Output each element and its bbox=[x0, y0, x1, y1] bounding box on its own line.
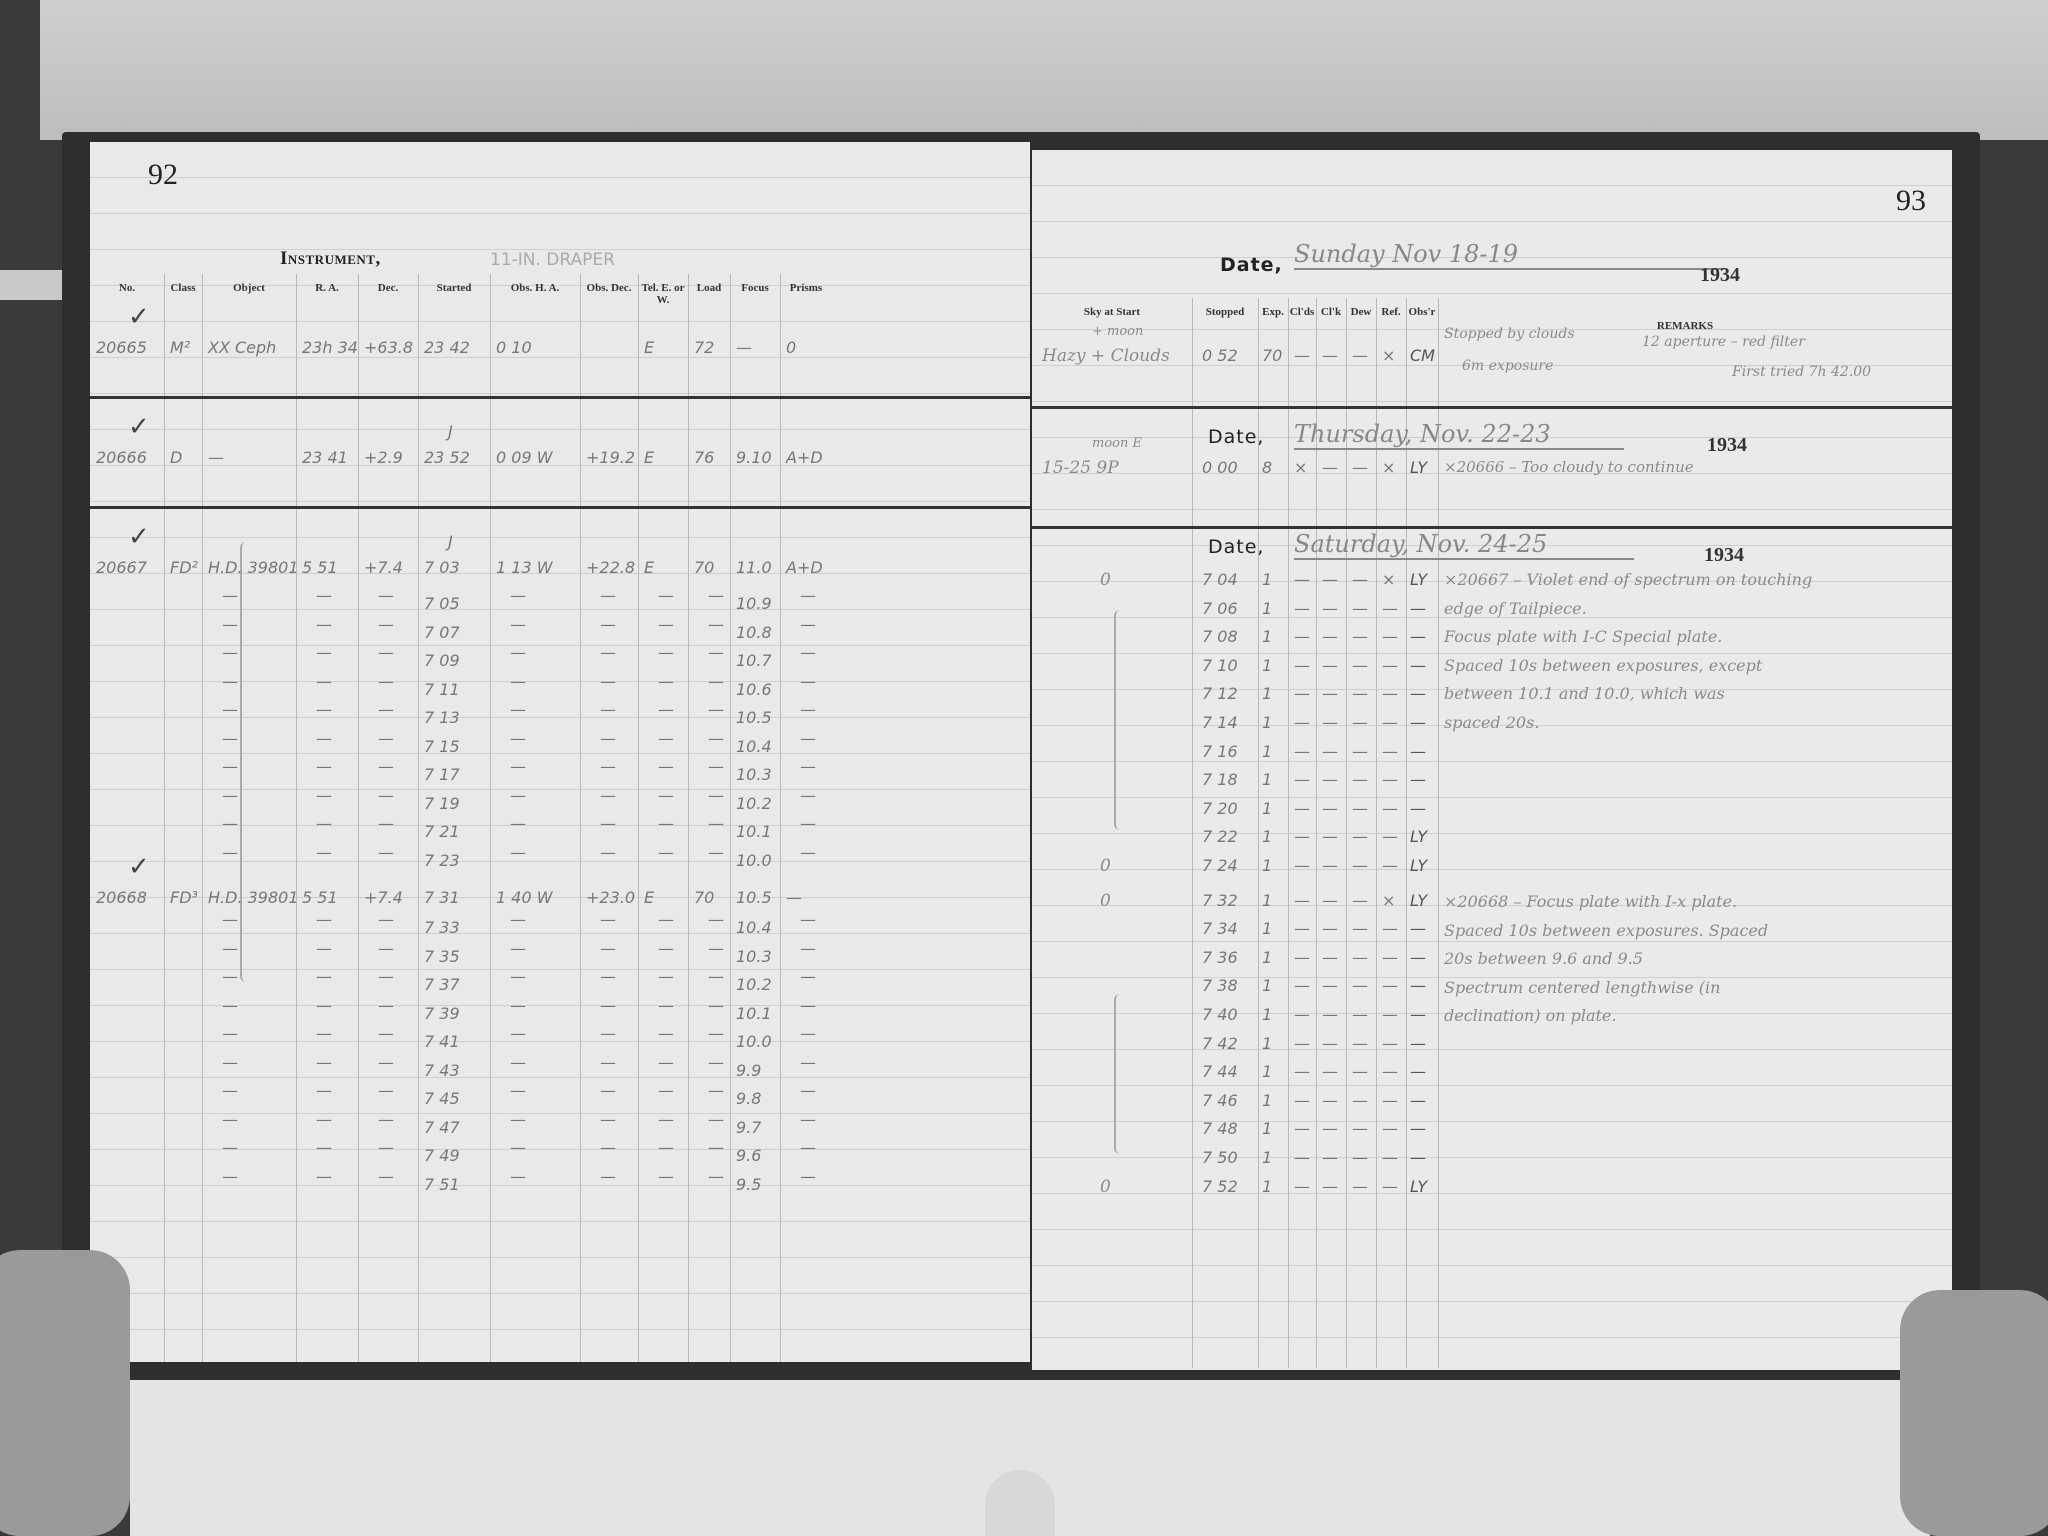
date-year: 1934 bbox=[1700, 264, 1740, 287]
dash: — bbox=[316, 1110, 332, 1129]
cell-stopped: 7 42 bbox=[1202, 1034, 1238, 1053]
date-value: Thursday, Nov. 22-23 bbox=[1294, 420, 1624, 450]
remark-text: spaced 20s. bbox=[1444, 713, 1539, 732]
dash: — bbox=[510, 643, 526, 662]
column-header: Load bbox=[688, 282, 730, 294]
cell-stopped: 7 50 bbox=[1202, 1148, 1238, 1167]
dash: — bbox=[708, 672, 724, 691]
cell-sky: 15-25 9P bbox=[1042, 458, 1119, 478]
cell-class: M² bbox=[170, 338, 190, 357]
right-page: 93 Date, Sunday Nov 18-19 1934 Sky at St… bbox=[1032, 150, 1952, 1370]
dash: — bbox=[1322, 1005, 1338, 1024]
cell-ref: — bbox=[1382, 1005, 1398, 1024]
dash: — bbox=[708, 1138, 724, 1157]
dash: — bbox=[316, 967, 332, 986]
cell-exp: 1 bbox=[1262, 976, 1272, 995]
dash: — bbox=[510, 786, 526, 805]
cell-exp: 1 bbox=[1262, 1177, 1272, 1196]
cell-stopped: 7 08 bbox=[1202, 627, 1238, 646]
remark-text: Stopped by clouds bbox=[1444, 326, 1575, 342]
dash: — bbox=[658, 1024, 674, 1043]
dash: — bbox=[800, 1024, 816, 1043]
cell-started: 7 13 bbox=[424, 708, 460, 727]
remark-text: Spaced 10s between exposures, except bbox=[1444, 656, 1762, 675]
dash: — bbox=[658, 1138, 674, 1157]
column-divider bbox=[638, 274, 639, 1362]
dash: — bbox=[1322, 1062, 1338, 1081]
dash: — bbox=[1322, 919, 1338, 938]
dash: — bbox=[222, 843, 238, 862]
column-header: Stopped bbox=[1192, 306, 1258, 318]
dash: — bbox=[378, 939, 394, 958]
dash: — bbox=[316, 757, 332, 776]
dash: — bbox=[222, 586, 238, 605]
dash: — bbox=[600, 786, 616, 805]
cell-focus: 10.0 bbox=[736, 851, 772, 870]
dash: — bbox=[600, 672, 616, 691]
instrument-label: Instrument, bbox=[280, 248, 381, 270]
column-header: Tel. E. or W. bbox=[638, 282, 688, 306]
cell-focus: 10.2 bbox=[736, 794, 772, 813]
dash: — bbox=[658, 729, 674, 748]
cell-exp: 1 bbox=[1262, 1005, 1272, 1024]
cell-stopped: 0 52 bbox=[1202, 346, 1238, 365]
cell-observer: — bbox=[1410, 684, 1426, 703]
dash: — bbox=[708, 967, 724, 986]
dash: — bbox=[1322, 1148, 1338, 1167]
dash: — bbox=[1352, 599, 1368, 618]
cell-exp: 1 bbox=[1262, 827, 1272, 846]
dash: — bbox=[708, 1081, 724, 1100]
dash: — bbox=[1352, 713, 1368, 732]
cell-stopped: 7 18 bbox=[1202, 770, 1238, 789]
cell-focus: 10.5 bbox=[736, 888, 772, 907]
dash: — bbox=[800, 910, 816, 929]
cell-ref: — bbox=[1382, 976, 1398, 995]
dash: — bbox=[1294, 919, 1310, 938]
dash: — bbox=[1352, 919, 1368, 938]
date-label: Date, bbox=[1208, 426, 1264, 448]
dash: — bbox=[222, 615, 238, 634]
dash: — bbox=[1352, 1177, 1368, 1196]
dash: — bbox=[800, 672, 816, 691]
check-mark: ✓ bbox=[128, 412, 150, 442]
dash: — bbox=[1352, 1005, 1368, 1024]
cell-focus: 10.1 bbox=[736, 1004, 772, 1023]
dash: — bbox=[600, 967, 616, 986]
dash: — bbox=[1294, 656, 1310, 675]
dash: — bbox=[708, 843, 724, 862]
dash: — bbox=[708, 1024, 724, 1043]
cell-focus: 10.9 bbox=[736, 594, 772, 613]
cell-focus: 10.1 bbox=[736, 822, 772, 841]
column-header: R. A. bbox=[296, 282, 358, 294]
cell-ref: × bbox=[1382, 346, 1395, 365]
dash: — bbox=[800, 700, 816, 719]
dash: — bbox=[600, 939, 616, 958]
cell-sky: Hazy + Clouds bbox=[1042, 346, 1170, 366]
cell-exp: 1 bbox=[1262, 1034, 1272, 1053]
column-divider bbox=[358, 274, 359, 1362]
dash: — bbox=[316, 843, 332, 862]
dash: — bbox=[708, 729, 724, 748]
dash: — bbox=[1352, 827, 1368, 846]
dash: — bbox=[1294, 713, 1310, 732]
dash: — bbox=[222, 814, 238, 833]
dash: — bbox=[708, 700, 724, 719]
cell-tel: E bbox=[644, 338, 654, 357]
dash: — bbox=[600, 757, 616, 776]
dash: — bbox=[800, 586, 816, 605]
cell-stopped: 7 10 bbox=[1202, 656, 1238, 675]
dash: — bbox=[316, 814, 332, 833]
cell-stopped: 7 36 bbox=[1202, 948, 1238, 967]
dash: — bbox=[800, 996, 816, 1015]
dash: — bbox=[222, 672, 238, 691]
cell-ref: — bbox=[1382, 1091, 1398, 1110]
cell-stopped: 7 22 bbox=[1202, 827, 1238, 846]
dash: — bbox=[800, 1081, 816, 1100]
cell-stopped: 7 24 bbox=[1202, 856, 1238, 875]
dash: — bbox=[1322, 948, 1338, 967]
dash: — bbox=[600, 700, 616, 719]
dash: — bbox=[222, 967, 238, 986]
dash: — bbox=[1352, 742, 1368, 761]
dash: — bbox=[510, 1053, 526, 1072]
date-year: 1934 bbox=[1707, 434, 1747, 457]
dash: — bbox=[600, 1024, 616, 1043]
cell-dew: — bbox=[1352, 458, 1368, 477]
cell-no: 20668 bbox=[96, 888, 147, 907]
dash: — bbox=[708, 615, 724, 634]
dash: — bbox=[1322, 627, 1338, 646]
dash: — bbox=[378, 615, 394, 634]
dash: — bbox=[1294, 891, 1310, 910]
cell-stopped: 7 32 bbox=[1202, 891, 1238, 910]
dash: — bbox=[316, 1138, 332, 1157]
cell-observer: LY bbox=[1410, 458, 1427, 477]
dash: — bbox=[600, 843, 616, 862]
cell-stopped: 0 00 bbox=[1202, 458, 1238, 477]
cell-started: 7 23 bbox=[424, 851, 460, 870]
dash: — bbox=[510, 729, 526, 748]
cell-stopped: 7 40 bbox=[1202, 1005, 1238, 1024]
cell-clock: — bbox=[1322, 458, 1338, 477]
dash: — bbox=[1352, 891, 1368, 910]
cell-class: D bbox=[170, 448, 182, 467]
dash: — bbox=[658, 1110, 674, 1129]
cell-stopped: 7 04 bbox=[1202, 570, 1238, 589]
dash: — bbox=[378, 1167, 394, 1186]
dash: — bbox=[1322, 742, 1338, 761]
dash: — bbox=[510, 996, 526, 1015]
cell-started: 7 33 bbox=[424, 918, 460, 937]
dash: — bbox=[658, 615, 674, 634]
dash: — bbox=[600, 1110, 616, 1129]
dash: — bbox=[378, 814, 394, 833]
dash: — bbox=[222, 757, 238, 776]
cell-tel: E bbox=[644, 558, 654, 577]
dash: — bbox=[658, 814, 674, 833]
dash: — bbox=[378, 786, 394, 805]
dash: — bbox=[510, 757, 526, 776]
column-header: Started bbox=[418, 282, 490, 294]
cell-ref: — bbox=[1382, 919, 1398, 938]
cell-ref: — bbox=[1382, 1062, 1398, 1081]
cell-started: 7 21 bbox=[424, 822, 460, 841]
remark-text: declination) on plate. bbox=[1444, 1006, 1616, 1025]
remark-text: ×20667 – Violet end of spectrum on touch… bbox=[1444, 570, 1812, 589]
date-label: Date, bbox=[1220, 254, 1283, 276]
cell-stopped: 7 48 bbox=[1202, 1119, 1238, 1138]
grouping-brace bbox=[240, 542, 252, 982]
cell-focus: 9.8 bbox=[736, 1089, 761, 1108]
cell-started: 7 35 bbox=[424, 947, 460, 966]
remark-text: Spectrum centered lengthwise (in bbox=[1444, 978, 1720, 997]
cell-observer: — bbox=[1410, 976, 1426, 995]
dash: — bbox=[800, 843, 816, 862]
section-divider bbox=[1032, 406, 1952, 409]
cell-exp: 1 bbox=[1262, 770, 1272, 789]
dash: — bbox=[708, 1167, 724, 1186]
dash: — bbox=[1352, 1091, 1368, 1110]
cell-ref: — bbox=[1382, 856, 1398, 875]
column-divider bbox=[580, 274, 581, 1362]
dash: — bbox=[378, 700, 394, 719]
cell-load: 72 bbox=[694, 338, 714, 357]
cell-exp: 1 bbox=[1262, 570, 1272, 589]
cell-started: 7 47 bbox=[424, 1118, 460, 1137]
check-mark: ✓ bbox=[128, 852, 150, 882]
dash: — bbox=[1352, 570, 1368, 589]
remark-text: 12 aperture – red filter bbox=[1642, 334, 1805, 350]
dash: — bbox=[708, 910, 724, 929]
page-number: 92 bbox=[148, 158, 178, 192]
cell-started: 7 37 bbox=[424, 975, 460, 994]
dash: — bbox=[1352, 1119, 1368, 1138]
dash: — bbox=[1294, 1177, 1310, 1196]
cell-ref: × bbox=[1382, 891, 1395, 910]
dash: — bbox=[1322, 1177, 1338, 1196]
cell-ref: — bbox=[1382, 827, 1398, 846]
cell-dew: — bbox=[1352, 346, 1368, 365]
dash: — bbox=[600, 996, 616, 1015]
dash: — bbox=[1322, 1034, 1338, 1053]
cell-observer: LY bbox=[1410, 1177, 1427, 1196]
cell-dec: +7.4 bbox=[364, 888, 403, 907]
dash: — bbox=[1352, 1062, 1368, 1081]
column-divider bbox=[1346, 298, 1347, 1368]
column-divider bbox=[1406, 298, 1407, 1368]
cell-focus: 9.5 bbox=[736, 1175, 761, 1194]
cell-focus: 10.6 bbox=[736, 680, 772, 699]
dash: — bbox=[658, 586, 674, 605]
cell-tel: E bbox=[644, 888, 654, 907]
dash: — bbox=[316, 700, 332, 719]
dash: — bbox=[510, 843, 526, 862]
remark-text: ×20666 – Too cloudy to continue bbox=[1444, 458, 1694, 476]
dash: — bbox=[658, 967, 674, 986]
cell-ref: — bbox=[1382, 1148, 1398, 1167]
cell-obs-dec: +23.0 bbox=[586, 888, 635, 907]
cell-observer: LY bbox=[1410, 570, 1427, 589]
dash: — bbox=[510, 939, 526, 958]
dash: — bbox=[378, 1024, 394, 1043]
dash: — bbox=[1294, 856, 1310, 875]
check-mark: ✓ bbox=[128, 302, 150, 332]
cell-exp: 8 bbox=[1262, 458, 1272, 477]
cell-obs-ha: 1 13 W bbox=[496, 558, 553, 577]
cell-exp: 1 bbox=[1262, 891, 1272, 910]
cell-dec: +2.9 bbox=[364, 448, 403, 467]
column-divider bbox=[1258, 298, 1259, 1368]
cell-observer: — bbox=[1410, 627, 1426, 646]
remark-text: Spaced 10s between exposures. Spaced bbox=[1444, 921, 1768, 940]
dash: — bbox=[1352, 856, 1368, 875]
remark-text: Focus plate with I-C Special plate. bbox=[1444, 627, 1722, 646]
cell-observer: — bbox=[1410, 770, 1426, 789]
dash: — bbox=[708, 1053, 724, 1072]
cell-focus: 10.5 bbox=[736, 708, 772, 727]
cell-class: FD³ bbox=[170, 888, 198, 907]
column-divider bbox=[1288, 298, 1289, 1368]
cell-focus: 10.3 bbox=[736, 947, 772, 966]
cell-exp: 1 bbox=[1262, 1062, 1272, 1081]
dash: — bbox=[1352, 976, 1368, 995]
cell-ra: 5 51 bbox=[302, 888, 338, 907]
grouping-brace bbox=[1114, 610, 1126, 830]
cell-started: 7 41 bbox=[424, 1032, 460, 1051]
cell-ref: — bbox=[1382, 713, 1398, 732]
dash: — bbox=[1352, 627, 1368, 646]
dash: — bbox=[510, 910, 526, 929]
cell-focus: 10.0 bbox=[736, 1032, 772, 1051]
dash: — bbox=[708, 814, 724, 833]
dash: — bbox=[1352, 770, 1368, 789]
dash: — bbox=[510, 615, 526, 634]
dash: — bbox=[1294, 976, 1310, 995]
cell-stopped: 7 14 bbox=[1202, 713, 1238, 732]
column-divider bbox=[164, 274, 165, 1362]
dash: — bbox=[378, 729, 394, 748]
page-number: 93 bbox=[1896, 184, 1926, 218]
dash: — bbox=[378, 672, 394, 691]
cell-sky: 0 bbox=[1100, 891, 1111, 911]
cell-no: 20666 bbox=[96, 448, 147, 467]
clamp bbox=[985, 1470, 1055, 1536]
hand-right bbox=[1900, 1290, 2048, 1536]
cell-obs-dec: +19.2 bbox=[586, 448, 635, 467]
cell-started: 23 42 bbox=[424, 338, 470, 357]
cell-ref: — bbox=[1382, 684, 1398, 703]
cell-observer: — bbox=[1410, 1148, 1426, 1167]
cell-exp: 1 bbox=[1262, 599, 1272, 618]
cell-observer: — bbox=[1410, 1119, 1426, 1138]
started-mark: J bbox=[448, 532, 453, 551]
grouping-brace bbox=[1114, 994, 1126, 1154]
dash: — bbox=[658, 910, 674, 929]
cell-ref: — bbox=[1382, 799, 1398, 818]
cell-started: 7 49 bbox=[424, 1146, 460, 1165]
cell-started: 7 43 bbox=[424, 1061, 460, 1080]
cell-focus: 10.3 bbox=[736, 765, 772, 784]
dash: — bbox=[222, 1053, 238, 1072]
cell-focus: 10.4 bbox=[736, 737, 772, 756]
dash: — bbox=[1294, 948, 1310, 967]
cell-ref: — bbox=[1382, 1177, 1398, 1196]
date-value: Saturday, Nov. 24-25 bbox=[1294, 530, 1634, 560]
cell-started: 7 09 bbox=[424, 651, 460, 670]
dash: — bbox=[658, 996, 674, 1015]
dash: — bbox=[222, 1138, 238, 1157]
dash: — bbox=[1322, 1119, 1338, 1138]
dash: — bbox=[800, 643, 816, 662]
cell-started: 7 07 bbox=[424, 623, 460, 642]
dash: — bbox=[800, 1167, 816, 1186]
cell-exp: 1 bbox=[1262, 1148, 1272, 1167]
column-header: Dec. bbox=[358, 282, 418, 294]
cell-sky-note: moon E bbox=[1092, 436, 1142, 451]
dash: — bbox=[600, 1081, 616, 1100]
dash: — bbox=[800, 757, 816, 776]
dash: — bbox=[222, 729, 238, 748]
cell-exp: 1 bbox=[1262, 656, 1272, 675]
cell-started: 7 31 bbox=[424, 888, 460, 907]
remark-text: ×20668 – Focus plate with I-x plate. bbox=[1444, 892, 1737, 911]
dash: — bbox=[316, 672, 332, 691]
dash: — bbox=[510, 672, 526, 691]
dash: — bbox=[600, 1138, 616, 1157]
dash: — bbox=[1294, 742, 1310, 761]
column-header: Cl'k bbox=[1316, 306, 1346, 318]
dash: — bbox=[658, 786, 674, 805]
cell-observer: — bbox=[1410, 742, 1426, 761]
dash: — bbox=[510, 1081, 526, 1100]
column-header: Sky at Start bbox=[1032, 306, 1192, 318]
cell-exp: 1 bbox=[1262, 919, 1272, 938]
dash: — bbox=[600, 586, 616, 605]
cell-observer: — bbox=[1410, 1091, 1426, 1110]
dash: — bbox=[510, 700, 526, 719]
dash: — bbox=[1294, 770, 1310, 789]
column-header: Obs. H. A. bbox=[490, 282, 580, 294]
dash: — bbox=[658, 1081, 674, 1100]
dash: — bbox=[1294, 684, 1310, 703]
cell-stopped: 7 34 bbox=[1202, 919, 1238, 938]
cell-ref: — bbox=[1382, 742, 1398, 761]
cell-obs-ha: 1 40 W bbox=[496, 888, 553, 907]
column-divider bbox=[780, 274, 781, 1362]
dash: — bbox=[222, 939, 238, 958]
cell-stopped: 7 20 bbox=[1202, 799, 1238, 818]
column-divider bbox=[688, 274, 689, 1362]
dash: — bbox=[378, 967, 394, 986]
dash: — bbox=[316, 939, 332, 958]
dash: — bbox=[1322, 684, 1338, 703]
cell-dec: +7.4 bbox=[364, 558, 403, 577]
dash: — bbox=[316, 1081, 332, 1100]
dash: — bbox=[316, 996, 332, 1015]
dash: — bbox=[800, 967, 816, 986]
dash: — bbox=[708, 786, 724, 805]
dash: — bbox=[316, 1167, 332, 1186]
dash: — bbox=[1322, 656, 1338, 675]
cell-started: 7 15 bbox=[424, 737, 460, 756]
dash: — bbox=[378, 757, 394, 776]
column-header: Dew bbox=[1346, 306, 1376, 318]
date-value: Sunday Nov 18-19 bbox=[1294, 240, 1724, 270]
dash: — bbox=[1352, 799, 1368, 818]
